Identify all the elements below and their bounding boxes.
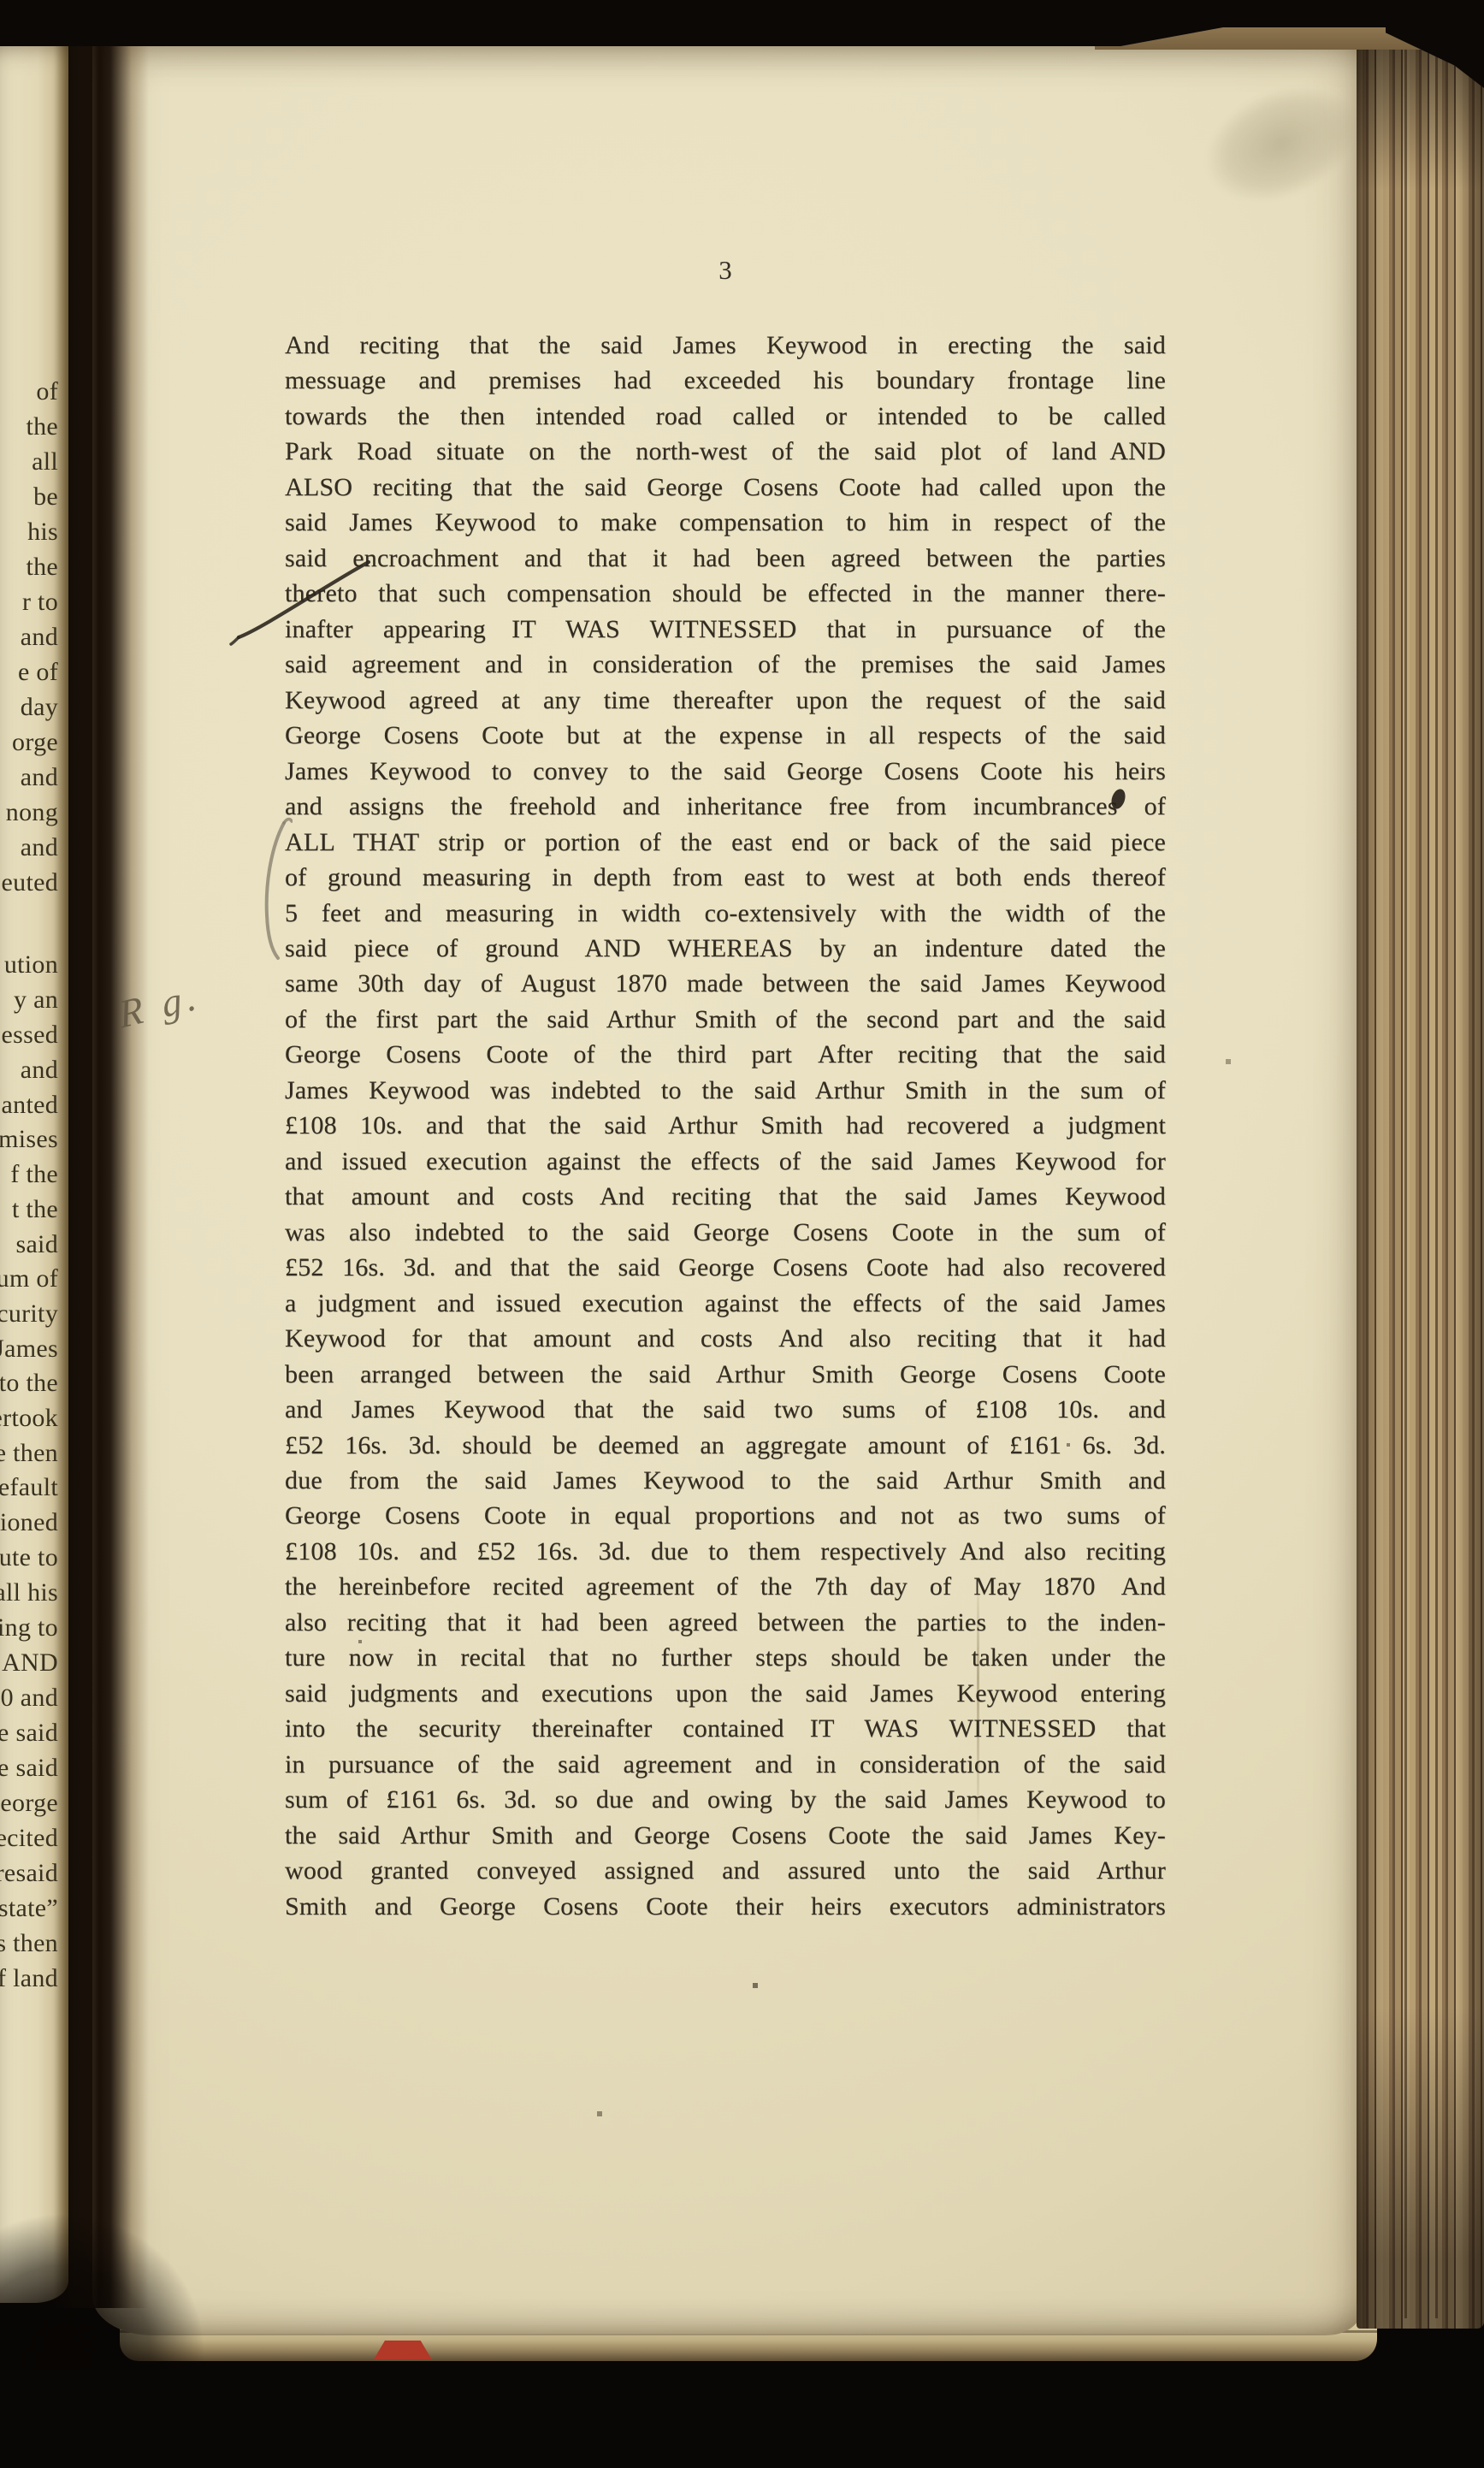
text-line: in pursuance of the said agreement and i… (285, 1747, 1166, 1782)
text-line: inafter appearing IT WAS WITNESSED that … (285, 612, 1166, 647)
page-number: 3 (285, 255, 1166, 286)
facing-fragment: ne said (0, 1750, 58, 1785)
facing-fragment: George (0, 1785, 58, 1820)
main-text: And reciting that the said James Keywood… (285, 328, 1166, 1924)
text-line: same 30th day of August 1870 made betwee… (285, 966, 1166, 1001)
text-line: was also indebted to the said George Cos… (285, 1215, 1166, 1250)
page-edge-stack (1357, 29, 1484, 2329)
paper-specks (0, 0, 2, 2)
text-line: Park Road situate on the north-west of t… (285, 434, 1166, 469)
text-line: Keywood for that amount and costs And al… (285, 1321, 1166, 1356)
text-line: George Cosens Coote but at the expense i… (285, 718, 1166, 753)
text-line: wood granted conveyed assigned and assur… (285, 1853, 1166, 1888)
facing-fragment: said (15, 1227, 58, 1262)
text-line: and issued execution against the effects… (285, 1144, 1166, 1179)
facing-fragment: e of (18, 654, 58, 690)
text-line: thereto that such compensation should be… (285, 576, 1166, 611)
facing-fragment: f the (10, 1157, 58, 1192)
text-line: said James Keywood to make compensation … (285, 505, 1166, 540)
facing-fragment: tioned (0, 1505, 58, 1540)
page-stack-crack (1435, 34, 1438, 2318)
text-line: said encroachment and that it had been a… (285, 541, 1166, 576)
text-line: and assigns the freehold and inheritance… (285, 789, 1166, 824)
facing-fragment: 70 and (0, 1680, 58, 1715)
facing-fragment: euted (2, 865, 58, 900)
text-line: that amount and costs And reciting that … (285, 1179, 1166, 1214)
facing-fragment: ute to (0, 1540, 58, 1575)
book-photo: oftheallbehisther toande ofdayorgeandnon… (0, 0, 1484, 2468)
text-line: Keywood agreed at any time thereafter up… (285, 683, 1166, 718)
facing-fragment: recited (0, 1820, 58, 1855)
text-line: Smith and George Cosens Coote their heir… (285, 1889, 1166, 1924)
text-line: the said Arthur Smith and George Cosens … (285, 1818, 1166, 1853)
facing-fragment: James (0, 1331, 58, 1366)
text-line: £108 10s. and that the said Arthur Smith… (285, 1108, 1166, 1143)
text-line: £52 16s. 3d. and that the said George Co… (285, 1250, 1166, 1285)
facing-fragment: ution (4, 947, 58, 982)
text-line: of the first part the said Arthur Smith … (285, 1002, 1166, 1037)
text-line: said agreement and in consideration of t… (285, 647, 1166, 682)
text-line: into the security thereinafter contained… (285, 1711, 1166, 1746)
text-line: the hereinbefore recited agreement of th… (285, 1569, 1166, 1604)
text-line: messuage and premises had exceeded his b… (285, 363, 1166, 398)
facing-fragment: anted (2, 1087, 58, 1122)
facing-fragment: to the (0, 1365, 58, 1400)
facing-fragment: orge (12, 725, 58, 760)
gutter-shadow (53, 44, 149, 2308)
facing-fragment: state” (0, 1891, 58, 1926)
text-line: and James Keywood that the said two sums… (285, 1392, 1166, 1427)
text-line: James Keywood to convey to the said Geor… (285, 754, 1166, 789)
text-line: ALSO reciting that the said George Cosen… (285, 470, 1166, 505)
text-line: George Cosens Coote in equal proportions… (285, 1498, 1166, 1533)
text-line: also reciting that it had been agreed be… (285, 1605, 1166, 1640)
facing-fragment: all his (0, 1575, 58, 1610)
text-line: of ground measuring in depth from east t… (285, 860, 1166, 895)
facing-fragment: ing to (0, 1610, 58, 1645)
facing-fragment: AND (2, 1645, 58, 1680)
facing-fragment: ne said (0, 1715, 58, 1750)
text-line: £108 10s. and £52 16s. 3d. due to them r… (285, 1534, 1166, 1569)
text-line: sum of £161 6s. 3d. so due and owing by … (285, 1782, 1166, 1817)
facing-fragment: essed (2, 1017, 58, 1052)
text-line: said judgments and executions upon the s… (285, 1676, 1166, 1711)
text-line: 5 feet and measuring in width co-extensi… (285, 896, 1166, 931)
text-line: George Cosens Coote of the third part Af… (285, 1037, 1166, 1072)
facing-fragment: y an (14, 982, 58, 1017)
ink-slash-annotation (227, 552, 381, 650)
facing-fragment: oresaid (0, 1855, 58, 1891)
facing-fragment: um of (0, 1261, 58, 1296)
facing-fragment: e then (0, 1435, 58, 1471)
text-line: ALL THAT strip or portion of the east en… (285, 825, 1166, 860)
text-line: James Keywood was indebted to the said A… (285, 1073, 1166, 1108)
gutter-shadow-bottom (0, 2156, 282, 2370)
facing-fragment: ertook (0, 1400, 58, 1435)
facing-fragment: s then (0, 1926, 58, 1961)
text-line: a judgment and issued execution against … (285, 1286, 1166, 1321)
text-line: £52 16s. 3d. should be deemed an aggrega… (285, 1428, 1166, 1463)
text-line: towards the then intended road called or… (285, 399, 1166, 434)
pencil-bracket-annotation (255, 814, 293, 969)
page-stack-crack (1404, 34, 1407, 2318)
text-line: said piece of ground AND WHEREAS by an i… (285, 931, 1166, 966)
text-line: ture now in recital that no further step… (285, 1640, 1166, 1675)
facing-fragment: nong (6, 795, 58, 830)
facing-fragment: mises (0, 1122, 58, 1157)
text-line: And reciting that the said James Keywood… (285, 328, 1166, 363)
text-line: due from the said James Keywood to the s… (285, 1463, 1166, 1498)
facing-fragment: f land (0, 1961, 58, 1996)
text-line: been arranged between the said Arthur Sm… (285, 1357, 1166, 1392)
facing-fragment: curity (0, 1296, 58, 1331)
facing-fragment: t the (12, 1192, 58, 1227)
facing-fragment: efault (0, 1470, 58, 1505)
